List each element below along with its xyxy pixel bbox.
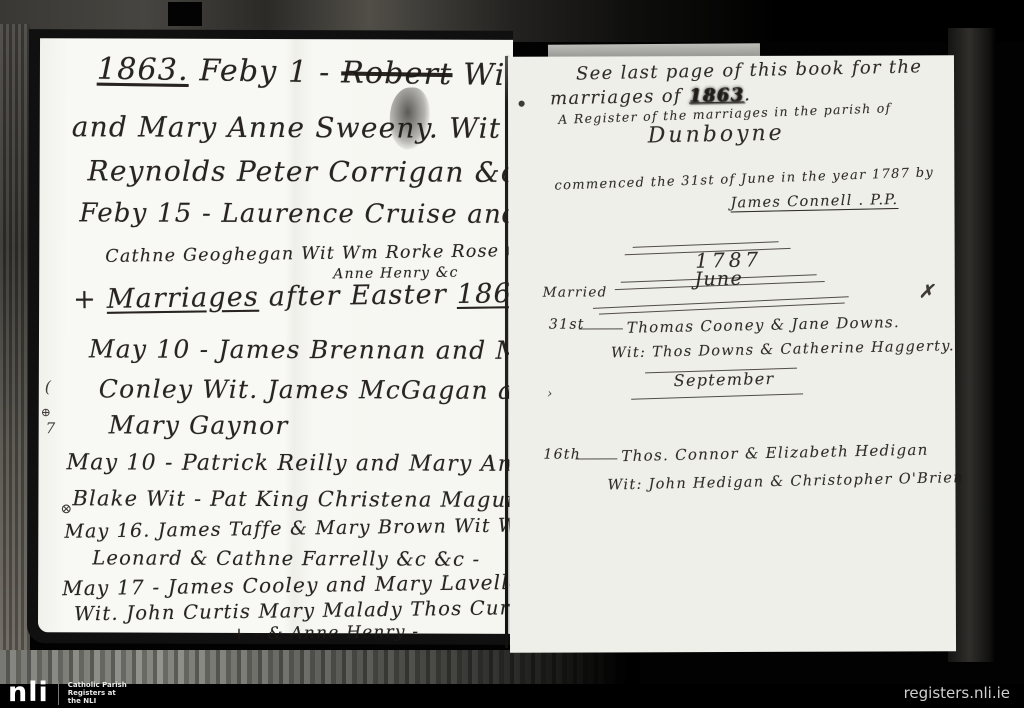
left-page: 1863. Feby 1 - Robert Willis and Mary An… — [27, 29, 513, 645]
handwritten-line: commenced the 31st of June in the year 1… — [554, 165, 934, 193]
entry-dash — [579, 328, 623, 329]
margin-mark: 7 — [46, 419, 56, 437]
marriage-entry-names: Thomas Cooney & Jane Downs. — [627, 313, 900, 337]
table-surface-texture — [0, 650, 640, 684]
handwritten-line: Feby 15 - Laurence Cruise and — [79, 198, 519, 230]
book-cover-edge-left — [0, 24, 30, 664]
marriage-entry-names: Thos. Connor & Elizabeth Hedigan — [621, 441, 929, 465]
handwritten-line: Wit. John Curtis Mary Malady Thos Curtis — [74, 596, 538, 625]
ruled-line — [599, 302, 845, 314]
ruled-line — [593, 296, 849, 309]
handwritten-line: Reynolds Peter Corrigan &c &c — [88, 154, 571, 189]
marriage-entry-witnesses: Wit: John Hedigan & Christopher O'Brien — [607, 470, 964, 493]
handwritten-line: May 10 - James Brennan and Mary — [89, 334, 567, 365]
binding-shadow-patch — [168, 2, 202, 26]
margin-mark: ( — [45, 377, 51, 396]
logo-caption: Catholic Parish Registers at the NLI — [68, 681, 127, 705]
left-page-paper: 1863. Feby 1 - Robert Willis and Mary An… — [38, 38, 513, 634]
parish-name: Dunboyne — [636, 120, 796, 148]
marriage-entry-witnesses: Wit: Thos Downs & Catherine Haggerty. — [611, 338, 955, 361]
struck-word: Robert — [341, 55, 453, 92]
handwritten-line: May 10 - Patrick Reilly and Mary Anne — [67, 450, 543, 477]
right-page: See last page of this book for the marri… — [508, 55, 956, 653]
year-label: 1863. — [97, 52, 189, 88]
scanned-register-photo: 1863. Feby 1 - Robert Willis and Mary An… — [0, 0, 1024, 708]
blotted-year: 1863 — [689, 84, 745, 106]
handwritten-line: Leonard & Cathne Farrelly &c &c - — [92, 546, 480, 570]
handwritten-line: May 16. James Taffe & Mary Brown Wit Wil… — [64, 514, 579, 543]
entry-dash — [575, 458, 617, 459]
married-label: Married — [543, 284, 608, 300]
marriage-entry-day: 31st — [549, 317, 585, 333]
marriage-entry-day: 16th — [543, 447, 581, 463]
handwritten-line: + Marriages after Easter 1863 — [73, 278, 531, 315]
handwritten-line: + - & Anne Henry - — [232, 622, 420, 645]
handwritten-line: May 17 - James Cooley and Mary Lavelle — [62, 570, 522, 600]
caret-mark: › — [547, 387, 552, 402]
margin-mark: ⊗ — [60, 501, 72, 517]
month-heading: September — [639, 368, 809, 391]
cross-mark: ✗ — [919, 281, 934, 302]
handwritten-line: Conley Wit. James McGagan and — [99, 374, 549, 405]
month-heading: June — [649, 267, 789, 292]
nli-logo: nli Catholic Parish Registers at the NLI — [8, 681, 127, 705]
handwritten-line: Blake Wit - Pat King Christena Maguire — [72, 486, 539, 512]
ruled-line — [631, 393, 803, 399]
handwritten-line: See last page of this book for the — [576, 56, 923, 84]
nli-logo-mark: nli — [8, 681, 49, 705]
dot-mark: ● — [518, 99, 525, 108]
plus-mark: + — [73, 284, 107, 315]
margin-mark: ⊕ — [41, 405, 51, 419]
logo-divider — [58, 681, 59, 705]
footer-bar: nli Catholic Parish Registers at the NLI… — [0, 684, 1024, 708]
handwritten-line: 1863. Feby 1 - Robert Willis — [97, 52, 555, 94]
handwritten-line: Mary Gaynor — [109, 410, 289, 440]
priest-signature: James Connell . P.P. — [730, 192, 898, 212]
site-url: registers.nli.ie — [904, 684, 1010, 702]
